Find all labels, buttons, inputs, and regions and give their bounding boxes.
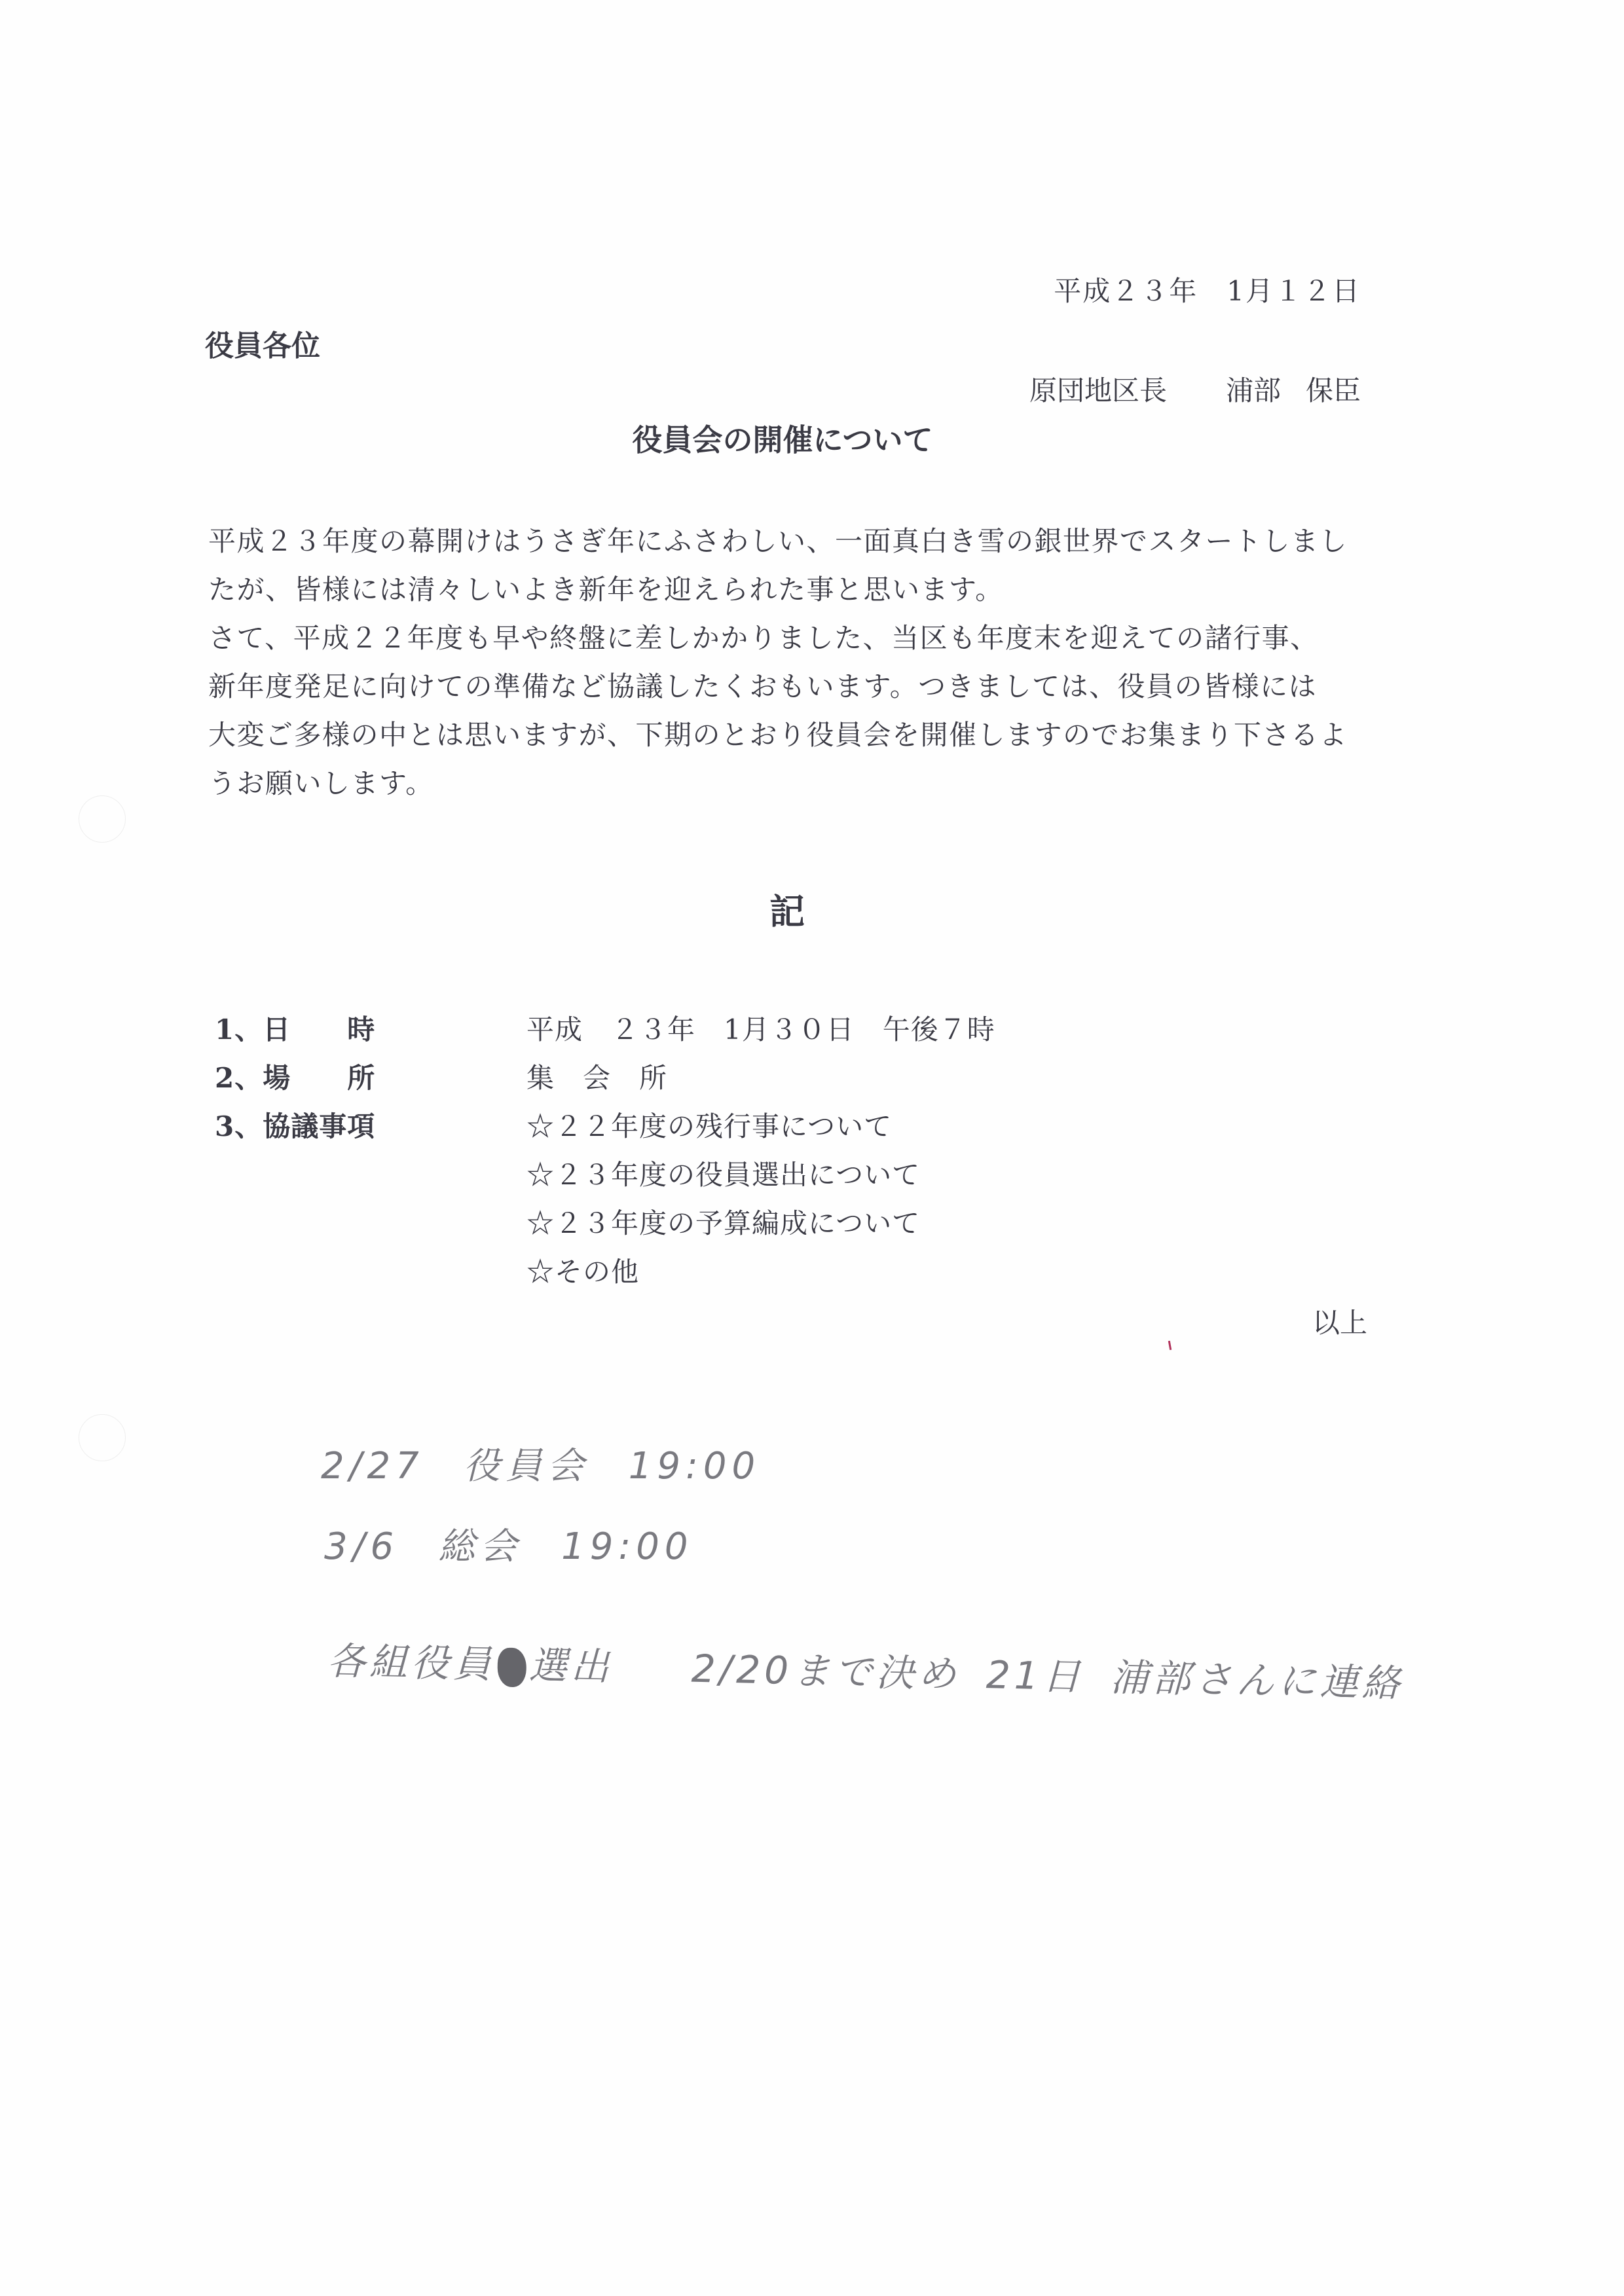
note-time: 19:00 bbox=[561, 1525, 693, 1568]
handwritten-note-1: 2/27役員会19:00 bbox=[321, 1437, 760, 1489]
detail-label: 1、日 時 bbox=[215, 1006, 375, 1054]
body-line: 新年度発足に向けての準備など協議したくおもいます。つきましては、役員の皆様には bbox=[208, 663, 1348, 711]
note-deadline: 2/20まで決め bbox=[691, 1647, 961, 1697]
body-line: さて、平成２２年度も早や終盤に差しかかりました、当区も年度末を迎えての諸行事、 bbox=[208, 614, 1348, 663]
document-date: 平成２３年 1月１２日 bbox=[1054, 270, 1361, 309]
ink-speck bbox=[1168, 1341, 1172, 1350]
sender-family-name: 浦部 bbox=[1226, 374, 1281, 407]
agenda-item: ☆その他 bbox=[526, 1248, 639, 1296]
scanned-letter-page: 平成２３年 1月１２日 役員各位 原団地区長浦部保臣 役員会の開催について 平成… bbox=[0, 0, 1624, 2296]
detail-label: 2、場 所 bbox=[215, 1054, 375, 1102]
note-event: 総会 bbox=[438, 1525, 522, 1568]
note-day: 21日 bbox=[986, 1652, 1084, 1699]
agenda-item: ☆２３年度の役員選出について bbox=[526, 1151, 920, 1199]
detail-value: 集 会 所 bbox=[526, 1054, 667, 1102]
sender-title: 原団地区長 bbox=[1029, 374, 1167, 407]
body-paragraph: 平成２３年度の幕開けはうさぎ年にふさわしい、一面真白き雪の銀世界でスタートしまし… bbox=[208, 517, 1348, 808]
ki-heading: 記 bbox=[769, 884, 805, 934]
sender: 原団地区長浦部保臣 bbox=[1029, 369, 1361, 409]
document-title: 役員会の開催について bbox=[0, 416, 1565, 460]
note-text: 各組役員 bbox=[327, 1639, 495, 1686]
body-line: 平成２３年度の幕開けはうさぎ年にふさわしい、一面真白き雪の銀世界でスタートしまし bbox=[208, 517, 1348, 566]
note-contact: 浦部さんに連絡 bbox=[1110, 1655, 1404, 1705]
sender-given-name: 保臣 bbox=[1306, 374, 1361, 407]
note-text: 選出 bbox=[528, 1643, 613, 1689]
handwritten-note-2: 3/6総会19:00 bbox=[324, 1518, 693, 1570]
detail-value: 平成 ２３年 1月３０日 午後７時 bbox=[526, 1006, 995, 1054]
addressee: 役員各位 bbox=[205, 322, 320, 364]
body-line: 大変ご多様の中とは思いますが、下期のとおり役員会を開催しますのでお集まり下さるよ bbox=[208, 711, 1348, 759]
note-time: 19:00 bbox=[629, 1445, 760, 1487]
crossed-out-scribble bbox=[497, 1647, 526, 1687]
note-date: 3/6 bbox=[324, 1525, 399, 1568]
detail-label: 3、協議事項 bbox=[215, 1102, 375, 1151]
closing-ijou: 以上 bbox=[1312, 1302, 1367, 1341]
agenda-item: ☆２３年度の予算編成について bbox=[526, 1199, 920, 1248]
punch-hole-mark bbox=[79, 795, 126, 843]
note-date: 2/27 bbox=[321, 1445, 424, 1487]
punch-hole-mark bbox=[79, 1414, 126, 1461]
agenda-item: ☆２２年度の残行事について bbox=[526, 1102, 892, 1151]
handwritten-note-3: 各組役員選出2/20まで決め21日浦部さんに連絡 bbox=[327, 1630, 1405, 1707]
note-event: 役員会 bbox=[464, 1445, 589, 1487]
body-line: うお願いします。 bbox=[208, 759, 1348, 808]
body-line: たが、皆様には清々しいよき新年を迎えられた事と思います。 bbox=[208, 566, 1348, 614]
